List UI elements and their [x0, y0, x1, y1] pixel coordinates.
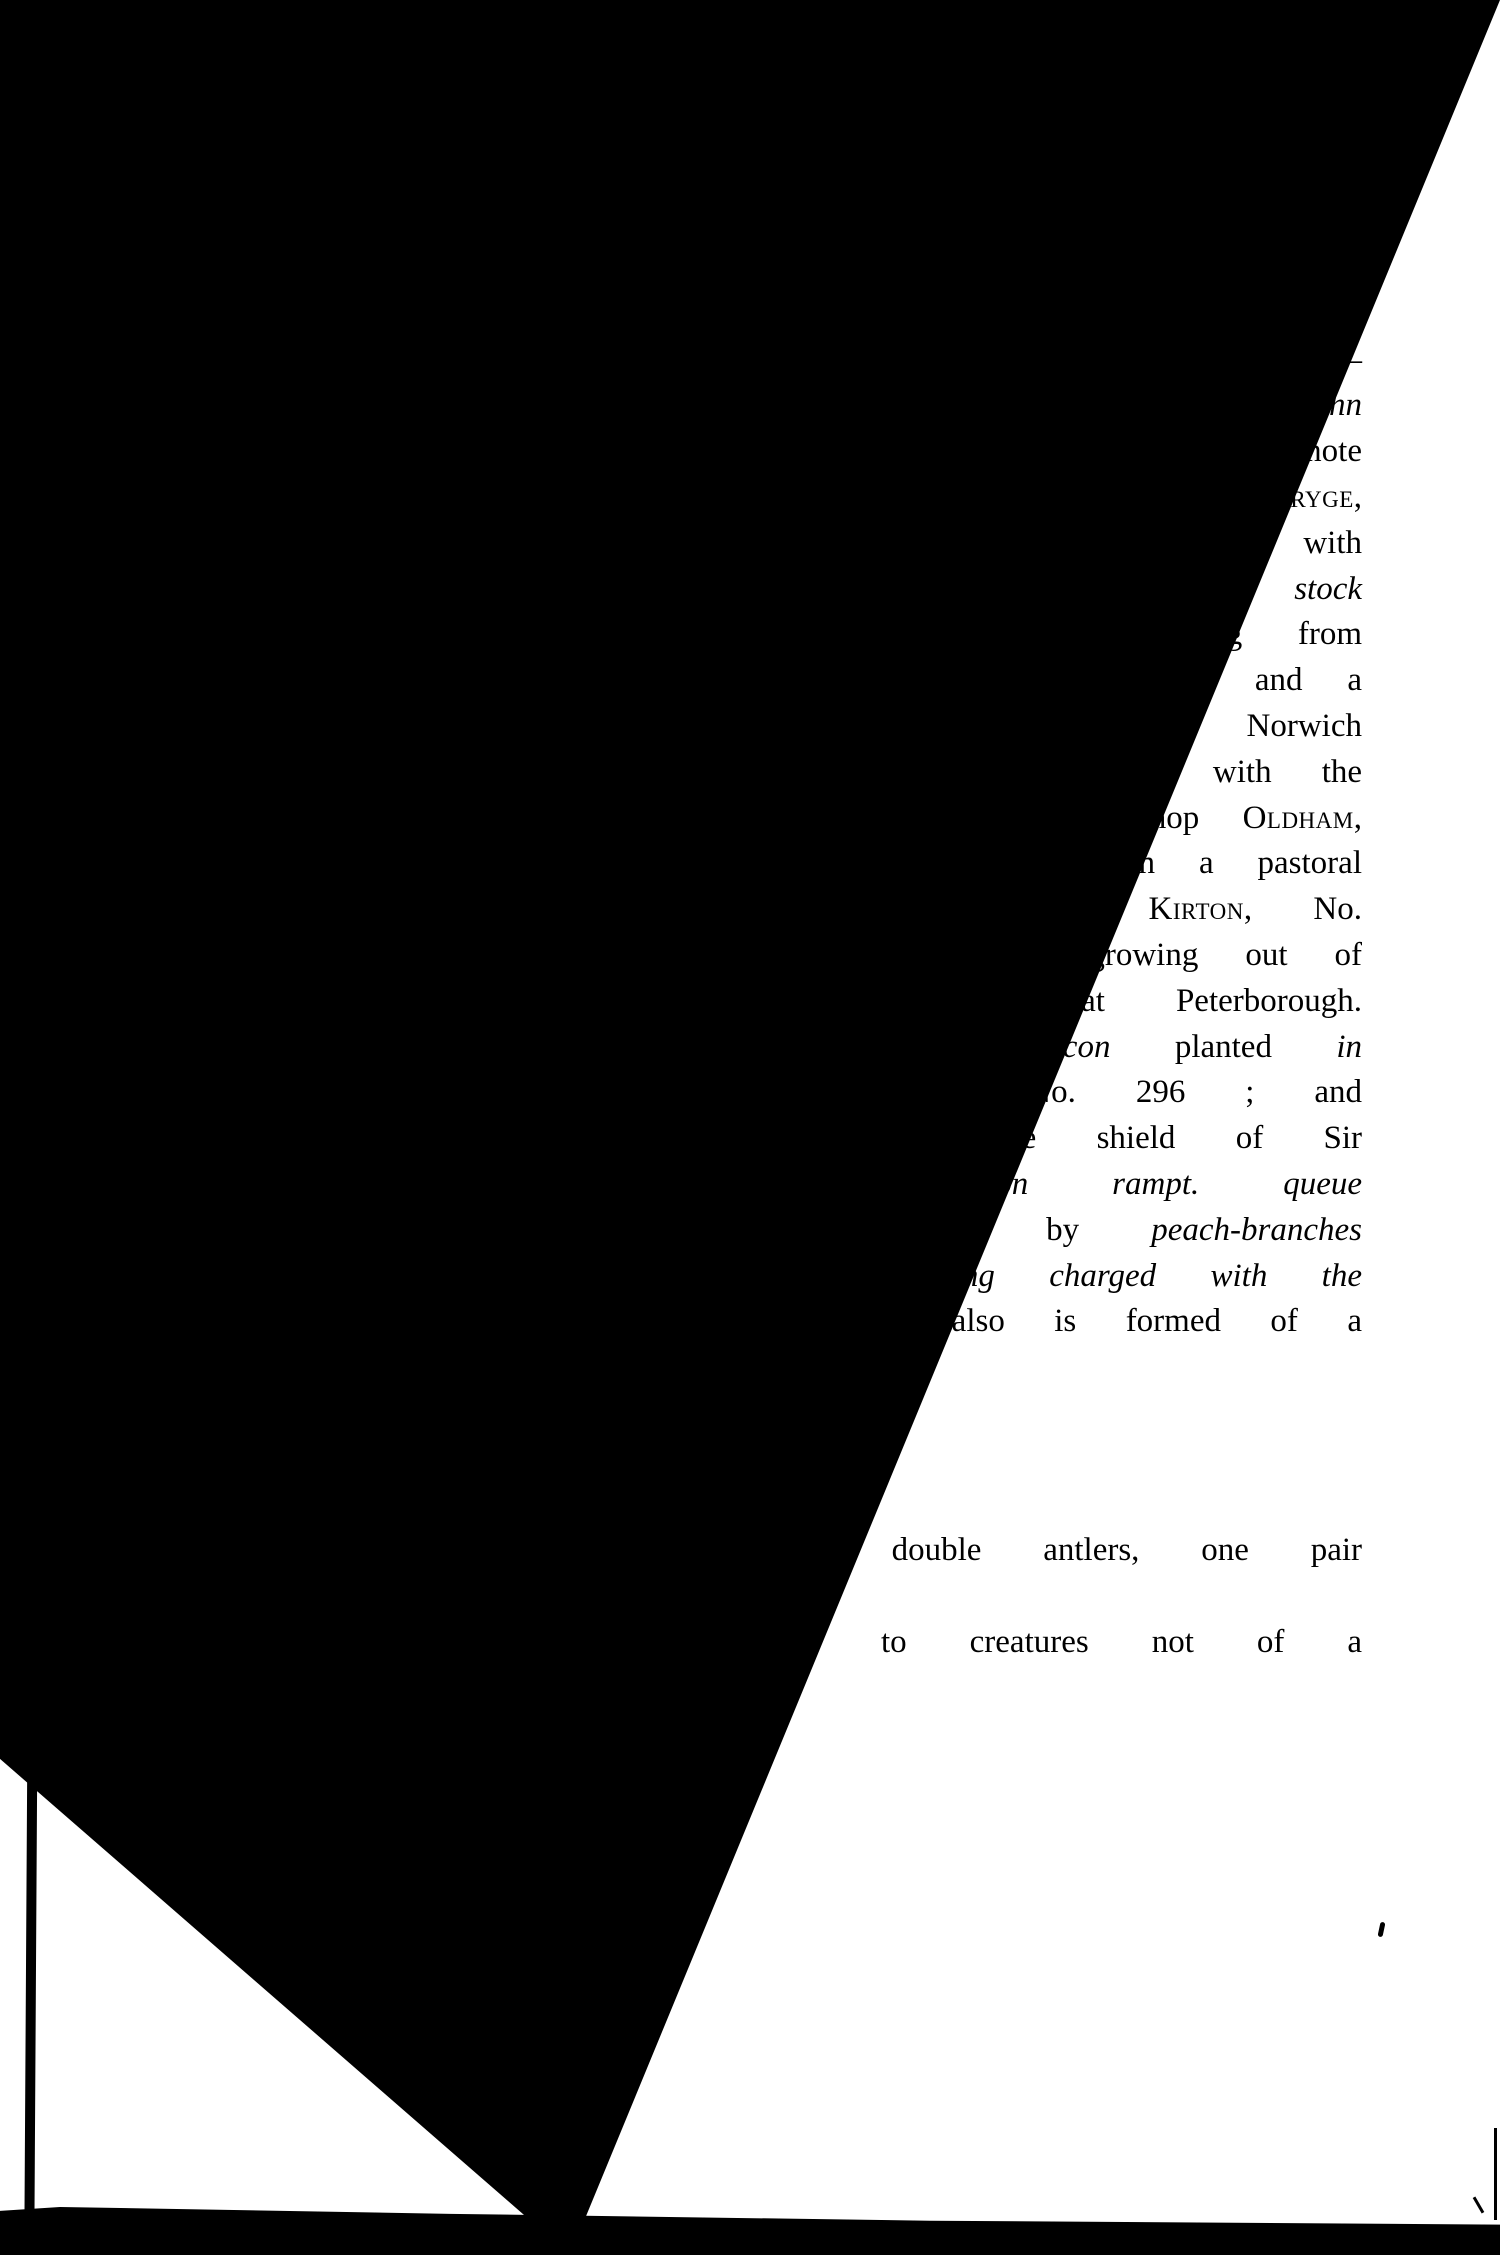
scan-artifact-bottom-bar — [0, 2206, 1500, 2255]
scan-artifact-right-tick — [1473, 2196, 1485, 2213]
scan-artifact-left-dash — [31, 968, 36, 1012]
scan-artifact-left-dash — [32, 1048, 38, 1166]
scan-artifact-left-tick — [24, 1296, 28, 1318]
scan-artifact-top-line — [140, 2, 232, 6]
scan-artifact-right-line — [1494, 2128, 1497, 2220]
scan-artifact-dot — [742, 32, 747, 40]
scanned-page: GLOSSARY OF TITLES, NAMES, AND TERMS 147… — [0, 0, 1500, 2255]
scan-artifact-left-dash — [30, 868, 36, 928]
scan-artifact-mark — [1377, 1922, 1385, 1938]
